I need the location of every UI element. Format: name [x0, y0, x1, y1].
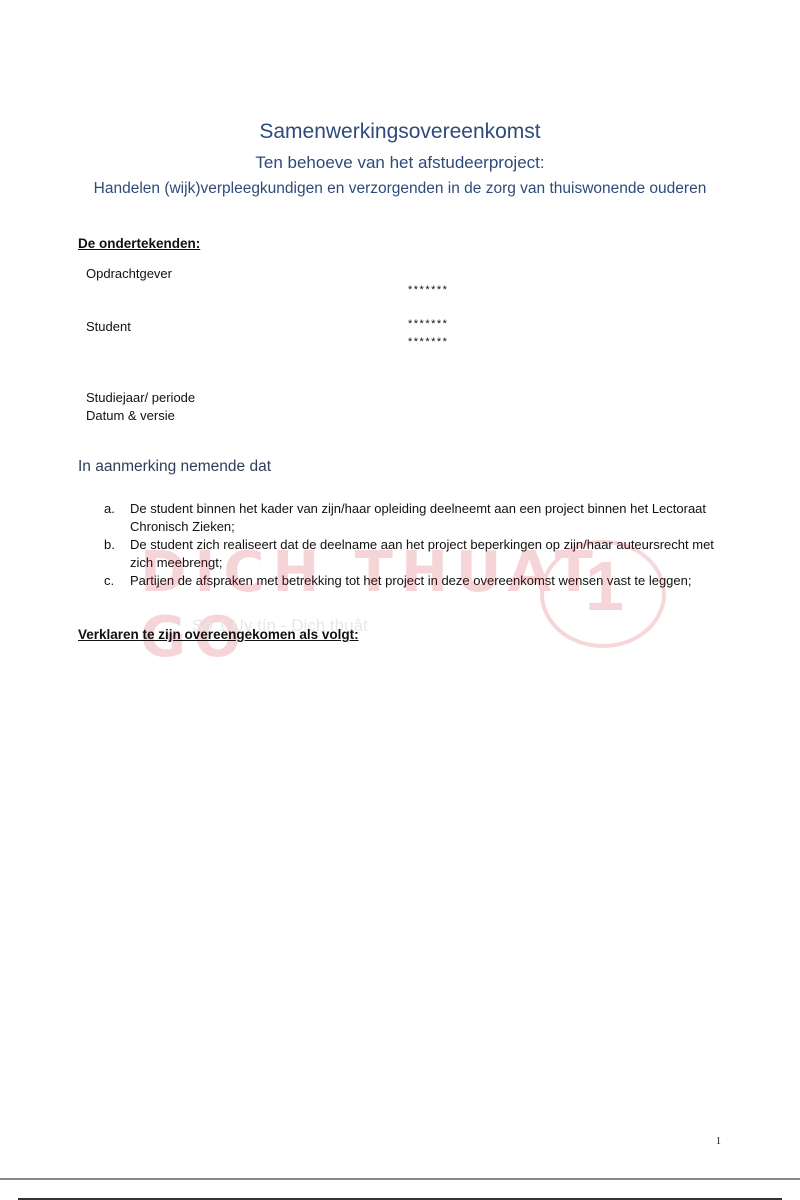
field-label-datum: Datum & versie	[86, 408, 175, 423]
list-text: Partijen de afspraken met betrekking tot…	[130, 572, 729, 590]
field-label-student: Student	[86, 319, 131, 334]
page-number: 1	[716, 1136, 721, 1147]
list-marker: b.	[104, 536, 130, 572]
project-title: Handelen (wijk)verpleegkundigen en verzo…	[0, 180, 800, 198]
considering-heading: In aanmerking nemende dat	[78, 458, 271, 476]
list-marker: c.	[104, 572, 130, 590]
list-text: De student zich realiseert dat de deelna…	[130, 536, 729, 572]
page-bottom-divider	[0, 1178, 800, 1180]
field-value-student-2: *******	[408, 336, 448, 348]
list-item: b. De student zich realiseert dat de dee…	[104, 536, 729, 572]
document-page: Samenwerkingsovereenkomst Ten behoeve va…	[0, 0, 800, 1178]
list-marker: a.	[104, 500, 130, 536]
field-value-opdrachtgever: *******	[408, 284, 448, 296]
considerations-list: a. De student binnen het kader van zijn/…	[104, 500, 729, 590]
field-label-opdrachtgever: Opdrachtgever	[86, 266, 172, 281]
document-subtitle: Ten behoeve van het afstudeerproject:	[0, 153, 800, 173]
list-text: De student binnen het kader van zijn/haa…	[130, 500, 729, 536]
list-item: a. De student binnen het kader van zijn/…	[104, 500, 729, 536]
agreement-heading: Verklaren te zijn overeengekomen als vol…	[78, 627, 359, 642]
list-item: c. Partijen de afspraken met betrekking …	[104, 572, 729, 590]
field-value-student-1: *******	[408, 318, 448, 330]
signatories-heading: De ondertekenden:	[78, 236, 200, 251]
field-label-studiejaar: Studiejaar/ periode	[86, 390, 195, 405]
document-title: Samenwerkingsovereenkomst	[0, 120, 800, 144]
